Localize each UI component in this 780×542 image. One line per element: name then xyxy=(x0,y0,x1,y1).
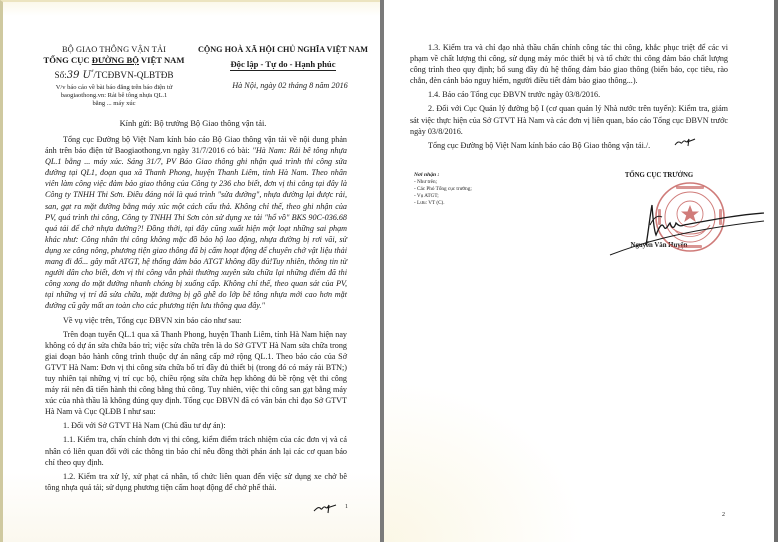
body-paragraph: Trên đoạn tuyến QL.1 qua xã Thanh Phong,… xyxy=(45,329,347,418)
ministry-name: BỘ GIAO THÔNG VẬN TẢI xyxy=(39,45,189,54)
recipient-item: - Như trên; xyxy=(414,179,472,186)
body-paragraph: 2. Đối với Cục Quản lý đường bộ I (cơ qu… xyxy=(410,103,728,136)
quoted-article: "Hà Nam: Rải bê tông nhựa QL.1 bằng ... … xyxy=(45,146,347,310)
document-number: Số:39 Ư /TCĐBVN-QLBTĐB xyxy=(39,70,189,81)
document-page-1: BỘ GIAO THÔNG VẬN TẢI TỔNG CỤC ĐƯỜNG BỘ … xyxy=(0,0,380,542)
agency-suffix: VIỆT NAM xyxy=(139,55,185,65)
recipient-item: - Các Phó Tổng cục trưởng; xyxy=(414,186,472,193)
agency-name: TỔNG CỤC ĐƯỜNG BỘ VIỆT NAM xyxy=(39,55,189,65)
page-number: 1 xyxy=(345,504,348,510)
doc-no-suffix: /TCĐBVN-QLBTĐB xyxy=(91,70,173,80)
doc-no-prefix: Số: xyxy=(54,70,66,80)
body-paragraph: 1.4. Báo cáo Tổng cục ĐBVN trước ngày 03… xyxy=(410,89,728,100)
subject-line: baogiaothong.vn: Rải bê tông nhựa QL.1 xyxy=(39,92,189,100)
body-paragraph: 1.3. Kiểm tra và chỉ đạo nhà thầu chấn c… xyxy=(410,42,728,86)
recipient-item: - Vụ ATGT; xyxy=(414,193,472,200)
greeting-line: Kính gửi: Bộ trưởng Bộ Giao thông vận tả… xyxy=(3,119,380,128)
signature-block: TỔNG CỤC TRƯỞNG Nguyễn Văn Huyện xyxy=(594,172,724,179)
document-subject: V/v báo cáo về bài báo đăng trên báo điệ… xyxy=(39,84,189,109)
body-paragraph: 1.1. Kiểm tra, chấn chỉnh đơn vị thi côn… xyxy=(45,434,347,467)
body-paragraph: Về vụ việc trên, Tổng cục ĐBVN xin báo c… xyxy=(45,315,347,326)
page-number: 2 xyxy=(722,512,725,518)
initial-signature-icon xyxy=(313,500,337,514)
subject-line: V/v báo cáo về bài báo đăng trên báo điệ… xyxy=(39,84,189,92)
recipient-item: - Lưu: VT (C). xyxy=(414,200,472,207)
doc-no-handwritten: 39 Ư xyxy=(67,70,91,81)
body-paragraph: 1. Đối với Sở GTVT Hà Nam (Chủ đầu tư dự… xyxy=(45,420,347,431)
document-body-page-1: Tổng cục Đường bộ Việt Nam kính báo cáo … xyxy=(45,134,347,496)
national-header-block: CỘNG HOÀ XÃ HỘI CHỦ NGHĨA VIỆT NAM Độc l… xyxy=(193,45,373,90)
initial-signature-icon xyxy=(674,135,696,147)
national-motto: Độc lập - Tự do - Hạnh phúc xyxy=(230,59,335,71)
body-paragraph: 1.2. Kiểm tra xử lý, xử phạt cá nhân, tổ… xyxy=(45,471,347,493)
agency-underlined: ĐƯỜNG BỘ xyxy=(92,55,139,65)
document-date: Hà Nội, ngày 02 tháng 8 năm 2016 xyxy=(193,81,373,90)
recipients-block: Nơi nhận : - Như trên; - Các Phó Tổng cụ… xyxy=(414,172,472,207)
document-page-2: 1.3. Kiểm tra và chỉ đạo nhà thầu chấn c… xyxy=(384,0,774,542)
handwritten-signature-icon xyxy=(606,195,766,259)
issuing-agency-block: BỘ GIAO THÔNG VẬN TẢI TỔNG CỤC ĐƯỜNG BỘ … xyxy=(39,45,189,109)
signer-role: TỔNG CỤC TRƯỞNG xyxy=(594,172,724,179)
subject-line: bằng ... máy xúc xyxy=(39,100,189,108)
intro-paragraph: Tổng cục Đường bộ Việt Nam kính báo cáo … xyxy=(45,134,347,312)
recipients-title: Nơi nhận : xyxy=(414,172,472,179)
agency-prefix: TỔNG CỤC xyxy=(44,55,92,65)
nation-title: CỘNG HOÀ XÃ HỘI CHỦ NGHĨA VIỆT NAM xyxy=(193,45,373,54)
